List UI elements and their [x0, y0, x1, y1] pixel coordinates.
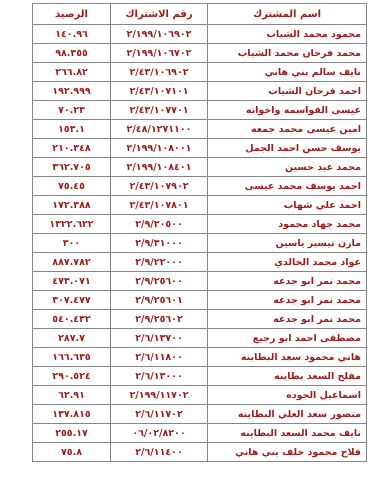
balance-cell: ١٩٢.٩٩٩ [33, 82, 111, 101]
balance-cell: ١٥٣.١ [33, 120, 111, 139]
balance-cell: ١٧٢.٣٨٨ [33, 196, 111, 215]
subscription-number-cell: ٢/١٩٩/١٠٨٠٠١ [111, 139, 208, 158]
subscription-number-cell: ٢/١٩٩/١٠٦٩٠٢ [111, 25, 208, 44]
balance-cell: ١٣٧.٨١٥ [33, 405, 111, 424]
table-row: اسماعيل الجوده٢/١٩٩/١١٧٠٢٦٢.٩١ [33, 386, 367, 405]
balance-cell: ٢٦٦.٨٢ [33, 63, 111, 82]
balance-cell: ١٤٠.٩٦ [33, 25, 111, 44]
subscription-number-cell: ٢/٩/٢٥٦٠٠ [111, 272, 208, 291]
balance-cell: ٩٨.٣٥٥ [33, 44, 111, 63]
table-row: عيسى القواسمه واخوانه٢/٤٣/١٠٧٧٠١٧٠.٢٣ [33, 101, 367, 120]
table-row: محمد فرحان محمد الشياب٢/١٩٩/١٠٦٧٠٢٩٨.٣٥٥ [33, 44, 367, 63]
subscription-number-cell: ٢/٩/٢٠٥٠٠ [111, 215, 208, 234]
balance-cell: ٧٥.٤٥ [33, 177, 111, 196]
subscriber-name-cell: محمد نمر ابو جدعه [208, 310, 367, 329]
subscription-number-cell: ٢/٩/٢٥٦٠١ [111, 291, 208, 310]
balance-cell: ١٦٦.٦٣٥ [33, 348, 111, 367]
subscriber-name-cell: محمد جهاد محمود [208, 215, 367, 234]
subscription-number-cell: ٢/٦/١١٧٠٢ [111, 405, 208, 424]
table-row: نايف محمد السعد البطاينه٠٦/٠٢/٨٢٠٠٢٥٥.١٧ [33, 424, 367, 443]
subscription-number-cell: ٢/٤٣/١٠٧٨٠١ [111, 196, 208, 215]
balance-cell: ٥٤٠.٤٣٢ [33, 310, 111, 329]
balance-cell: ٢٥٥.١٧ [33, 424, 111, 443]
subscriber-name-cell: عيسى القواسمه واخوانه [208, 101, 367, 120]
subscriber-name-cell: منصور سعد العلي البطاينه [208, 405, 367, 424]
table-row: نايف سالم بني هاني٢/٤٣/١٠٦٩٠٢٢٦٦.٨٢ [33, 63, 367, 82]
header-row: اسم المشترك رقم الاشتراك الرصيد [33, 4, 367, 25]
balance-cell: ٢٨٧.٧ [33, 329, 111, 348]
subscription-number-cell: ٠٦/٠٢/٨٢٠٠ [111, 424, 208, 443]
balance-cell: ٣٠٠ [33, 234, 111, 253]
subscriber-name-cell: محمد نمر ابو جدعه [208, 272, 367, 291]
table-body: محمود محمد الشياب٢/١٩٩/١٠٦٩٠٢١٤٠.٩٦محمد … [33, 25, 367, 462]
subscription-number-cell: ٢/٩/٣١٠٠٠ [111, 234, 208, 253]
subscriber-name-cell: احمد فرحان الشياب [208, 82, 367, 101]
subscriber-name-cell: هاني محمود سعد البطاينه [208, 348, 367, 367]
subscribers-table: اسم المشترك رقم الاشتراك الرصيد محمود مح… [32, 3, 367, 462]
table-row: محمد جهاد محمود٢/٩/٢٠٥٠٠١٣٢٢.٦٢٢ [33, 215, 367, 234]
subscription-number-cell: ٢/٤٣/١٠٧٧٠١ [111, 101, 208, 120]
balance-cell: ٣٠٧.٤٧٧ [33, 291, 111, 310]
table-row: عواد محمد الخالدي٢/٩/٢٢٠٠٠٨٨٧.٧٨٢ [33, 253, 367, 272]
balance-cell: ٢١٠.٣٤٨ [33, 139, 111, 158]
table-row: محمد نمر ابو جدعه٢/٩/٢٥٦٠٢٥٤٠.٤٣٢ [33, 310, 367, 329]
table-row: احمد فرحان الشياب٢/٤٣/١٠٧١٠١١٩٢.٩٩٩ [33, 82, 367, 101]
subscriber-name-cell: اسماعيل الجوده [208, 386, 367, 405]
subscriber-name-cell: محمد فرحان محمد الشياب [208, 44, 367, 63]
table-row: محمد نمر ابو جدعه٢/٩/٢٥٦٠٠٤٧٣.٠٧١ [33, 272, 367, 291]
subscription-number-cell: ٢/٤٣/١٠٧١٠١ [111, 82, 208, 101]
subscriber-name-cell: مفلح السعد بطاينه [208, 367, 367, 386]
balance-cell: ٦٢.٩١ [33, 386, 111, 405]
table-row: محمد نمر ابو جدعه٢/٩/٢٥٦٠١٣٠٧.٤٧٧ [33, 291, 367, 310]
subscriber-name-cell: محمد عيد حسين [208, 158, 367, 177]
table-row: مفلح السعد بطاينه٢/٦/١٣٠٠٠٢٩٠.٥٢٤ [33, 367, 367, 386]
subscriber-name-cell: امين عيسى محمد جمعه [208, 120, 367, 139]
table-row: هاني محمود سعد البطاينه٢/٦/١١٨٠٠١٦٦.٦٣٥ [33, 348, 367, 367]
subscriber-name-cell: يوسف حسن احمد الجمل [208, 139, 367, 158]
table-row: محمد عيد حسين٢/١٩٩/١٠٨٤٠١٣٦٢.٧٠٥ [33, 158, 367, 177]
table-row: منصور سعد العلي البطاينه٢/٦/١١٧٠٢١٣٧.٨١٥ [33, 405, 367, 424]
subscription-number-cell: ٢/٦/١٣٧٠٠ [111, 329, 208, 348]
balance-cell: ٧٥.٨ [33, 443, 111, 462]
balance-cell: ٨٨٧.٧٨٢ [33, 253, 111, 272]
subscriber-name-cell: فلاح محمود خلف بني هاني [208, 443, 367, 462]
header-subscriber-name: اسم المشترك [208, 4, 367, 25]
subscription-number-cell: ٢/٤٣/١٠٧٩٠٢ [111, 177, 208, 196]
subscription-number-cell: ٢/٩/٢٢٠٠٠ [111, 253, 208, 272]
balance-cell: ١٣٢٢.٦٢٢ [33, 215, 111, 234]
page: اسم المشترك رقم الاشتراك الرصيد محمود مح… [0, 0, 384, 504]
table-header: اسم المشترك رقم الاشتراك الرصيد [33, 4, 367, 25]
subscriber-name-cell: مازن تيسير ياسين [208, 234, 367, 253]
subscriber-name-cell: محمود محمد الشياب [208, 25, 367, 44]
subscription-number-cell: ٢/١٩٩/١٠٦٧٠٢ [111, 44, 208, 63]
subscription-number-cell: ٢/١٩٩/١٠٨٤٠١ [111, 158, 208, 177]
subscription-number-cell: ٢/١٩٩/١١٧٠٢ [111, 386, 208, 405]
balance-cell: ٧٠.٢٣ [33, 101, 111, 120]
balance-cell: ٢٩٠.٥٢٤ [33, 367, 111, 386]
table-row: يوسف حسن احمد الجمل٢/١٩٩/١٠٨٠٠١٢١٠.٣٤٨ [33, 139, 367, 158]
subscriber-name-cell: مصطفى احمد ابو رجيع [208, 329, 367, 348]
table-row: احمد علي شهاب٢/٤٣/١٠٧٨٠١١٧٢.٣٨٨ [33, 196, 367, 215]
subscription-number-cell: ٢/٩/٢٥٦٠٢ [111, 310, 208, 329]
balance-cell: ٣٦٢.٧٠٥ [33, 158, 111, 177]
table-row: احمد يوسف محمد عيسى٢/٤٣/١٠٧٩٠٢٧٥.٤٥ [33, 177, 367, 196]
subscriber-name-cell: نايف سالم بني هاني [208, 63, 367, 82]
header-balance: الرصيد [33, 4, 111, 25]
subscription-number-cell: ٢/٤٣/١٠٦٩٠٢ [111, 63, 208, 82]
subscription-number-cell: ٢/٦/١١٨٠٠ [111, 348, 208, 367]
subscriber-name-cell: محمد نمر ابو جدعه [208, 291, 367, 310]
header-subscription-number: رقم الاشتراك [111, 4, 208, 25]
table-row: امين عيسى محمد جمعه٢/٤٨/١٢٧١١٠٠١٥٣.١ [33, 120, 367, 139]
subscriber-name-cell: عواد محمد الخالدي [208, 253, 367, 272]
subscription-number-cell: ٢/٤٨/١٢٧١١٠٠ [111, 120, 208, 139]
subscriber-name-cell: نايف محمد السعد البطاينه [208, 424, 367, 443]
subscription-number-cell: ٢/٦/١٣٠٠٠ [111, 367, 208, 386]
table-row: مصطفى احمد ابو رجيع٢/٦/١٣٧٠٠٢٨٧.٧ [33, 329, 367, 348]
subscriber-name-cell: احمد علي شهاب [208, 196, 367, 215]
table-row: مازن تيسير ياسين٢/٩/٣١٠٠٠٣٠٠ [33, 234, 367, 253]
table-row: محمود محمد الشياب٢/١٩٩/١٠٦٩٠٢١٤٠.٩٦ [33, 25, 367, 44]
subscription-number-cell: ٢/٦/١١٤٠٠ [111, 443, 208, 462]
table-row: فلاح محمود خلف بني هاني٢/٦/١١٤٠٠٧٥.٨ [33, 443, 367, 462]
balance-cell: ٤٧٣.٠٧١ [33, 272, 111, 291]
subscriber-name-cell: احمد يوسف محمد عيسى [208, 177, 367, 196]
